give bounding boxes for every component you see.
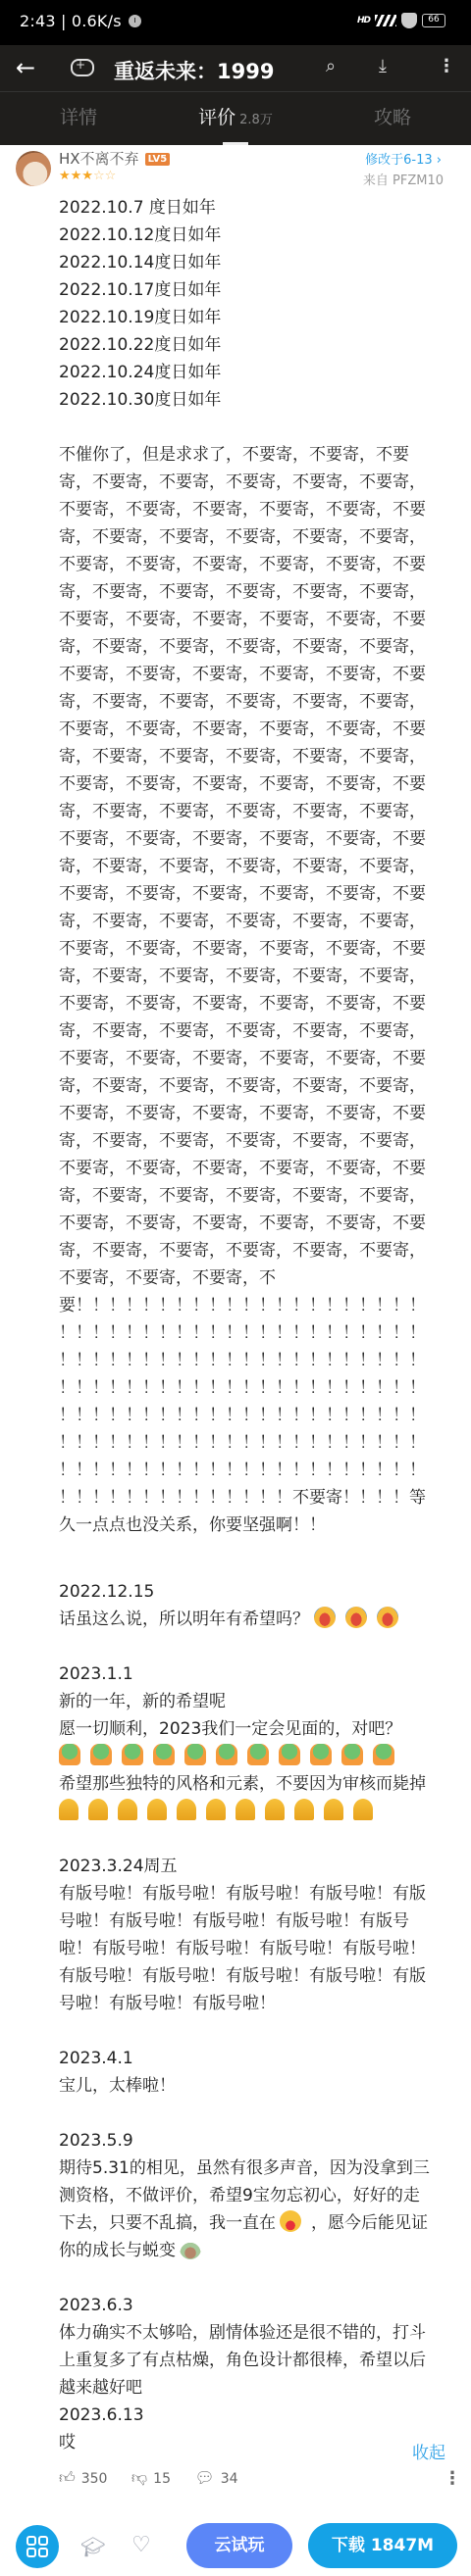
entry-line: 测资格，不做评价，希望9宝勿忘初心，好好的走 (59, 2182, 461, 2209)
entry-date: 2023.1.1 (59, 1660, 461, 1688)
plea-line: 不要寄，不要寄，不要寄，不要寄，不要寄，不要 (59, 1045, 461, 1072)
entry-date: 2023.5.9 (59, 2127, 461, 2155)
edited-link[interactable]: 修改于6-13 › (365, 149, 442, 168)
review-actions: 👍︎350 👎︎15 💬︎34 ⋮ (59, 2468, 461, 2498)
tab-reviews[interactable]: 评价2.8万 (157, 92, 314, 145)
exclaim-line: ！！！！！！！！！！！！！！！！！！！！！！ (59, 1319, 461, 1347)
device-source: 来自 PFZM10 (363, 170, 444, 188)
entry-date: 2023.6.3 (59, 2292, 461, 2319)
diary-line: 2022.10.17度日如年 (59, 276, 461, 304)
frog-emoji-icon (59, 1743, 461, 1770)
entry-line: 体力确实不太够哈，剧情体验还是很不错的，打斗 (59, 2319, 461, 2347)
plea-line: 不要寄，不要寄，不要寄，不要寄，不要寄，不要 (59, 1100, 461, 1127)
entry-line: 有版号啦！有版号啦！有版号啦！有版号啦！有版 (59, 1880, 461, 1907)
avatar[interactable] (16, 151, 51, 186)
plea-line: 不要寄，不要寄，不要寄，不要寄，不要寄，不要 (59, 990, 461, 1017)
bottom-action-bar: 🎓︎ ♡ 云试玩 下载 1847M (0, 2521, 471, 2576)
plea-line: 不要寄，不要寄，不要寄，不要寄，不要寄，不要 (59, 551, 461, 578)
status-time: 2:43 | 0.6K/s (20, 12, 141, 30)
entry-date: 2022.12.15 (59, 1578, 461, 1606)
app-bar: ← 重返未来：1999 ⌕ ⤓ ⋮ (0, 45, 471, 92)
clock-icon (129, 15, 141, 27)
shield-icon (401, 13, 417, 28)
plea-line: 寄，不要寄，不要寄，不要寄，不要寄，不要寄， (59, 963, 461, 990)
entry-line: 上重复多了有点枯燥，角色设计都很棒，希望以后 (59, 2347, 461, 2374)
plea-line: 不要寄，不要寄，不要寄，不要寄，不要寄，不要 (59, 716, 461, 743)
diary-line: 2022.10.7 度日如年 (59, 194, 461, 222)
plea-line: 寄，不要寄，不要寄，不要寄，不要寄，不要寄， (59, 743, 461, 770)
download-icon[interactable]: ⤓ (379, 56, 387, 76)
entry-date: 2023.4.1 (59, 2045, 461, 2072)
entry-line: 号啦！有版号啦！有版号啦！有版号啦！有版号 (59, 1907, 461, 1935)
more-vertical-icon[interactable]: ⋮ (444, 2468, 461, 2489)
entry-date: 2023.3.24周五 (59, 1853, 461, 1880)
thumbs-up-icon: 👍︎ (59, 2468, 76, 2487)
plea-line: 不要寄，不要寄，不要寄，不要寄，不要寄，不要 (59, 935, 461, 963)
entry-text: 下去，只要不乱搞，我一直在，愿今后能见证 (59, 2209, 461, 2237)
diary-line: 2022.10.30度日如年 (59, 386, 461, 414)
exclaim-line: ！！！！！！！！！！！！！！不要寄！！！！等 (59, 1484, 461, 1511)
entry-text: 哎 (59, 2429, 461, 2456)
plea-line: 不要寄，不要寄，不要寄，不要寄，不要寄，不要 (59, 661, 461, 688)
cloud-play-button[interactable]: 云试玩 (186, 2523, 292, 2568)
level-badge: LV5 (145, 153, 171, 166)
like-button[interactable]: 👍︎350 (59, 2468, 107, 2488)
plea-line: 寄，不要寄，不要寄，不要寄，不要寄，不要寄， (59, 578, 461, 606)
entry-text: 有版号啦！有版号啦！有版号啦！有版号啦！有版号啦！有版号啦！有版号啦！有版号啦！… (59, 1880, 461, 2017)
page-title: 重返未来：1999 (114, 56, 274, 85)
loud-crying-emoji-icon (314, 1610, 408, 1629)
entry-text: 你的成长与蜕变 (59, 2237, 461, 2264)
dislike-button[interactable]: 👎︎15 (131, 2468, 171, 2488)
plea-line: 不要寄，不要寄，不要寄，不要寄，不要寄，不要 (59, 1210, 461, 1237)
collapse-button[interactable]: 收起 (412, 2439, 445, 2463)
entry-text: 期待5.31的相见，虽然有很多声音，因为没拿到三测资格，不做评价，希望9宝勿忘初… (59, 2155, 461, 2209)
plea-line: 寄，不要寄，不要寄，不要寄，不要寄，不要寄， (59, 688, 461, 716)
plea-line: 寄，不要寄，不要寄，不要寄，不要寄，不要寄， (59, 908, 461, 935)
graduation-cap-icon[interactable]: 🎓︎ (80, 2535, 105, 2558)
plea-line: 寄，不要寄，不要寄，不要寄，不要寄，不要寄， (59, 469, 461, 496)
review-count: 2.8万 (239, 113, 273, 127)
plea-line: 寄，不要寄，不要寄，不要寄，不要寄，不要寄， (59, 1127, 461, 1155)
battery-icon: 66 (422, 14, 445, 27)
plea-line: 不要寄，不要寄，不要寄，不要寄，不要寄，不要 (59, 880, 461, 908)
exclaim-line: ！！！！！！！！！！！！！！！！！！！！！！ (59, 1347, 461, 1374)
exclaim-line: ！！！！！！！！！！！！！！！！！！！！！！ (59, 1402, 461, 1429)
entry-line: 越来越好吧 (59, 2374, 461, 2402)
entry-line: 有版号啦！有版号啦！有版号啦！有版号啦！有版 (59, 1962, 461, 1990)
diary-lines: 2022.10.7 度日如年2022.10.12度日如年2022.10.14度日… (59, 194, 461, 414)
entry-text: 宝儿，太棒啦！ (59, 2072, 461, 2100)
entry-text: 希望那些独特的风格和元素，不要因为审核而毙掉 (59, 1770, 461, 1798)
comment-button[interactable]: 💬︎34 (194, 2468, 237, 2487)
more-vertical-icon[interactable]: ⋮ (438, 56, 455, 76)
plea-line: 不要寄，不要寄，不要寄，不要寄，不要寄，不要 (59, 496, 461, 523)
username[interactable]: HX不离不弃LV5 (59, 148, 170, 169)
plea-line: 寄，不要寄，不要寄，不要寄，不要寄，不要寄， (59, 633, 461, 661)
praying-hands-emoji-icon (59, 1798, 461, 1825)
diary-line: 2022.10.19度日如年 (59, 304, 461, 331)
apps-grid-button[interactable] (16, 2525, 59, 2568)
plea-line: 不催你了，但是求求了，不要寄，不要寄，不要 (59, 441, 461, 469)
plea-line: 寄，不要寄，不要寄，不要寄，不要寄，不要寄， (59, 1182, 461, 1210)
plea-line: 寄，不要寄，不要寄，不要寄，不要寄，不要寄， (59, 1237, 461, 1264)
entry-line: 号啦！有版号啦！有版号啦！ (59, 1990, 461, 2017)
star-empty-icon: ☆☆ (93, 169, 116, 183)
plea-line: 不要寄，不要寄，不要寄，不要寄，不要寄，不要 (59, 606, 461, 633)
back-arrow-icon[interactable]: ← (16, 55, 35, 80)
plea-line: 寄，不要寄，不要寄，不要寄，不要寄，不要寄， (59, 853, 461, 880)
exclaim-line: ！！！！！！！！！！！！！！！！！！！！！！ (59, 1457, 461, 1484)
entry-line: 啦！有版号啦！有版号啦！有版号啦！有版号啦！ (59, 1935, 461, 1962)
review-body: 2022.10.7 度日如年2022.10.12度日如年2022.10.14度日… (59, 194, 461, 2456)
plea-line: 寄，不要寄，不要寄，不要寄，不要寄，不要寄， (59, 798, 461, 825)
entry-line: 期待5.31的相见，虽然有很多声音，因为没拿到三 (59, 2155, 461, 2182)
exclaim-paragraph: 要！！！！！！！！！！！！！！！！！！！！！！！！！！！！！！！！！！！！！！！… (59, 1292, 461, 1539)
status-bar: 2:43 | 0.6K/s HD 66 (0, 0, 471, 45)
gamepad-icon (71, 59, 94, 76)
thumbs-down-icon: 👎︎ (131, 2468, 147, 2487)
plea-paragraph: 不催你了，但是求求了，不要寄，不要寄，不要寄，不要寄，不要寄，不要寄，不要寄，不… (59, 441, 461, 1292)
entry-text: 体力确实不太够哈，剧情体验还是很不错的，打斗上重复多了有点枯燥，角色设计都很棒，… (59, 2319, 461, 2402)
hug-heart-emoji-icon (280, 2210, 301, 2232)
sprout-emoji-icon (180, 2238, 201, 2259)
diary-line: 2022.10.22度日如年 (59, 331, 461, 359)
diary-line: 2022.10.24度日如年 (59, 359, 461, 386)
plea-line: 不要寄，不要寄，不要寄，不 (59, 1264, 461, 1292)
entry-text: 话虽这么说，所以明年有希望吗？ (59, 1606, 461, 1633)
star-filled-icon: ★★★ (59, 169, 93, 183)
plea-line: 不要寄，不要寄，不要寄，不要寄，不要寄，不要 (59, 1155, 461, 1182)
entry-date: 2023.6.13 (59, 2402, 461, 2429)
plea-line: 不要寄，不要寄，不要寄，不要寄，不要寄，不要 (59, 825, 461, 853)
network-type: HD (357, 16, 370, 25)
star-rating: ★★★☆☆ (59, 169, 116, 183)
exclaim-line: ！！！！！！！！！！！！！！！！！！！！！！ (59, 1429, 461, 1457)
plea-line: 寄，不要寄，不要寄，不要寄，不要寄，不要寄， (59, 523, 461, 551)
diary-line: 2022.10.12度日如年 (59, 222, 461, 249)
exclaim-line: 要！！！！！！！！！！！！！！！！！！！！！ (59, 1292, 461, 1319)
tab-details[interactable]: 详情 (0, 92, 157, 145)
heart-check-icon[interactable]: ♡ (131, 2533, 151, 2557)
exclaim-line: ！！！！！！！！！！！！！！！！！！！！！！ (59, 1374, 461, 1402)
plea-line: 寄，不要寄，不要寄，不要寄，不要寄，不要寄， (59, 1017, 461, 1045)
comment-bubble-icon: 💬︎ (194, 2468, 214, 2487)
signal-icon (375, 15, 396, 26)
diary-line: 2022.10.14度日如年 (59, 249, 461, 276)
tab-guides[interactable]: 攻略 (314, 92, 471, 145)
exclaim-line: 久一点点也没关系，你要坚强啊！！ (59, 1511, 461, 1539)
entry-text: 愿一切顺利，2023我们一定会见面的，对吧？ (59, 1715, 461, 1743)
plea-line: 不要寄，不要寄，不要寄，不要寄，不要寄，不要 (59, 770, 461, 798)
plea-line: 寄，不要寄，不要寄，不要寄，不要寄，不要寄， (59, 1072, 461, 1100)
active-tab-indicator (223, 142, 248, 145)
download-button[interactable]: 下载 1847M (308, 2523, 457, 2568)
tab-bar: 详情 评价2.8万 攻略 (0, 92, 471, 145)
search-icon[interactable]: ⌕ (326, 56, 336, 76)
entry-text: 新的一年，新的希望呢 (59, 1688, 461, 1715)
